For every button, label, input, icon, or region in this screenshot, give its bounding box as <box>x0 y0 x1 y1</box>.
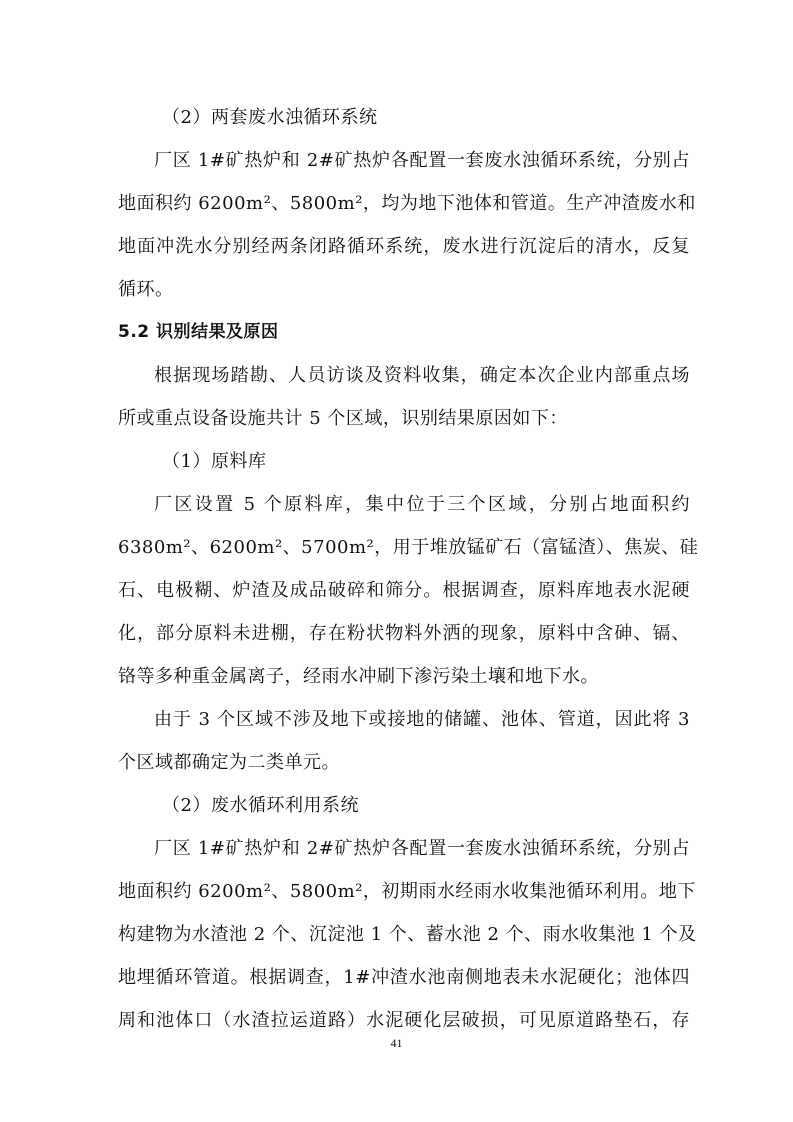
paragraph-line: 厂区 1#矿热炉和 2#矿热炉各配置一套废水浊循环系统，分别占 <box>118 827 690 870</box>
page-number: 41 <box>0 1036 793 1051</box>
paragraph-line: 地面冲洗水分别经两条闭路循环系统，废水进行沉淀后的清水，反复 <box>118 225 690 268</box>
paragraph-line: 铬等多种重金属离子，经雨水冲刷下渗污染土壤和地下水。 <box>118 655 690 698</box>
paragraph-line: 地面积约 6200m²、5800m²，均为地下池体和管道。生产冲渣废水和 <box>118 182 690 225</box>
paragraph-line: 循环。 <box>118 268 690 311</box>
paragraph-line: 由于 3 个区域不涉及地下或接地的储罐、池体、管道，因此将 3 <box>118 698 690 741</box>
paragraph-line: 化，部分原料未进棚，存在粉状物料外洒的现象，原料中含砷、镉、 <box>118 612 690 655</box>
paragraph-line: 地面积约 6200m²、5800m²，初期雨水经雨水收集池循环利用。地下 <box>118 870 690 913</box>
paragraph-line: 石、电极糊、炉渣及成品破碎和筛分。根据调查，原料库地表水泥硬 <box>118 569 690 612</box>
paragraph-line: 厂区设置 5 个原料库，集中位于三个区域，分别占地面积约 <box>118 483 690 526</box>
paragraph-line: 个区域都确定为二类单元。 <box>118 741 690 784</box>
paragraph-line: 地埋循环管道。根据调查，1#冲渣水池南侧地表未水泥硬化；池体四 <box>118 956 690 999</box>
paragraph-line: 6380m²、6200m²、5700m²，用于堆放锰矿石（富锰渣）、焦炭、硅 <box>118 526 690 569</box>
subheading-1-raw-material-storage: （1）原料库 <box>118 440 690 483</box>
paragraph-line: 构建物为水渣池 2 个、沉淀池 1 个、蓄水池 2 个、雨水收集池 1 个及 <box>118 913 690 956</box>
paragraph-line: 所或重点设备设施共计 5 个区域，识别结果原因如下： <box>118 397 690 440</box>
section-heading-5-2: 5.2 识别结果及原因 <box>118 311 690 354</box>
paragraph-line: 根据现场踏勘、人员访谈及资料收集，确定本次企业内部重点场 <box>118 354 690 397</box>
subheading-2-wastewater-systems: （2）两套废水浊循环系统 <box>118 96 690 139</box>
paragraph-line: 厂区 1#矿热炉和 2#矿热炉各配置一套废水浊循环系统，分别占 <box>118 139 690 182</box>
subheading-2-wastewater-recycling: （2）废水循环利用系统 <box>118 784 690 827</box>
